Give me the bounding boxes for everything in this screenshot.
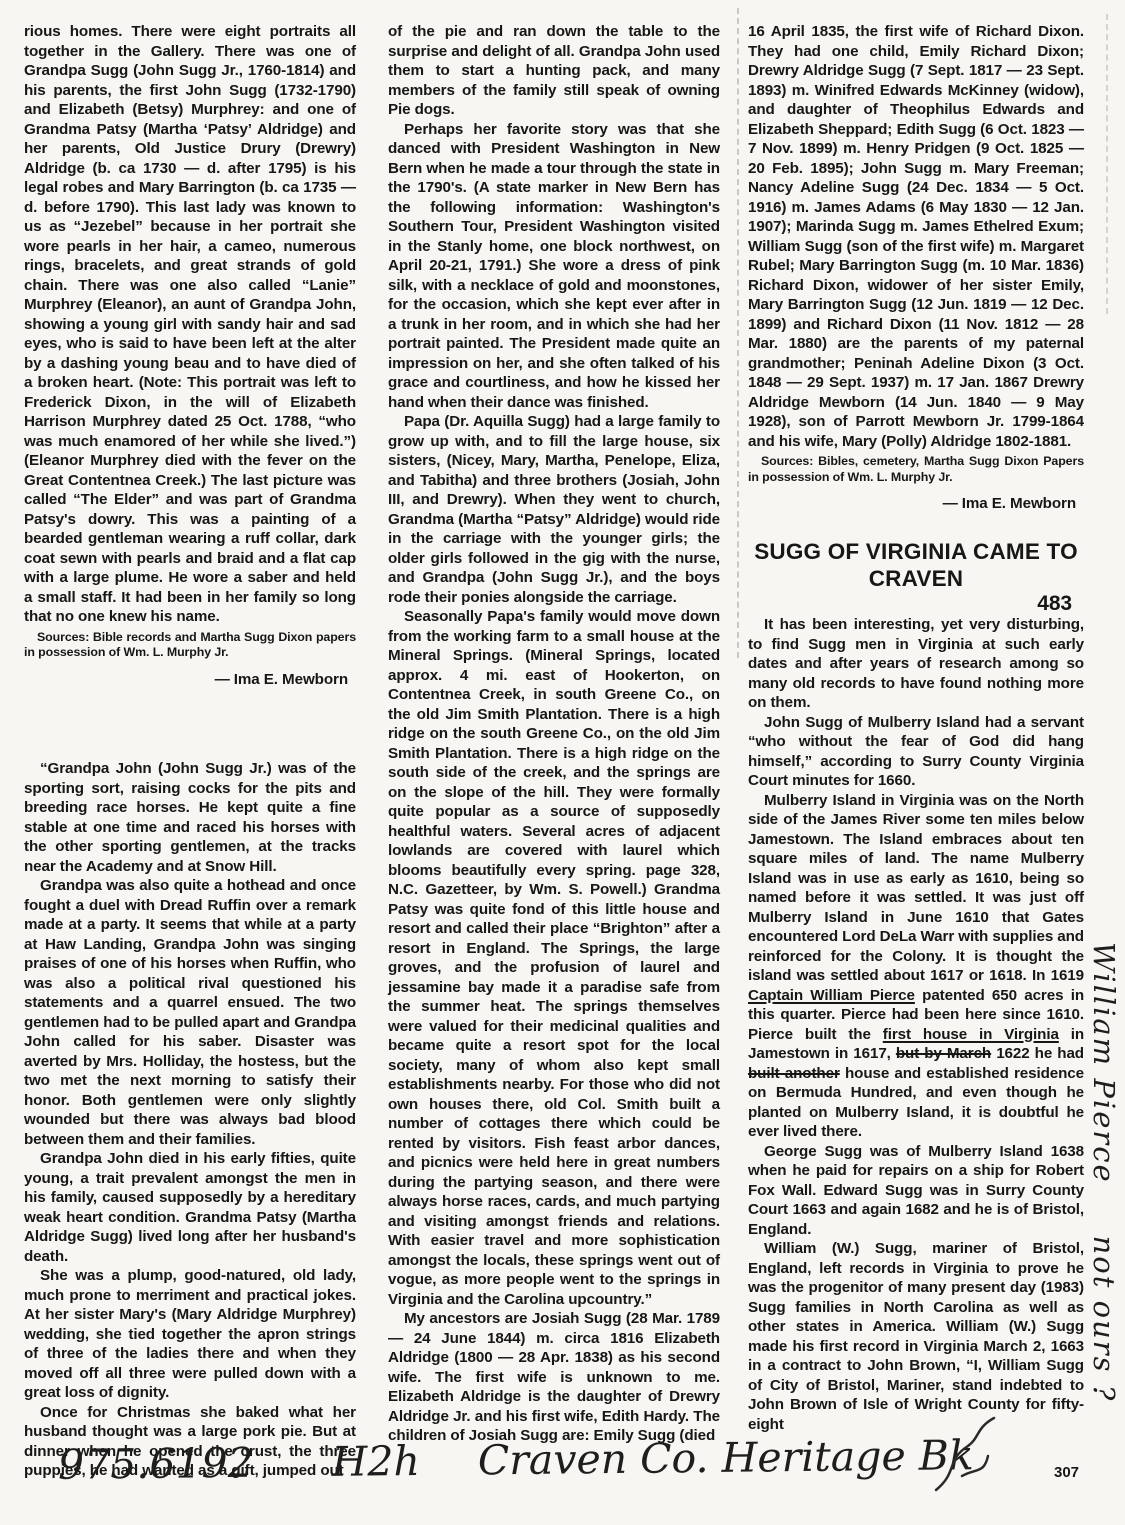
margin-note-line1: William Pierce	[1087, 942, 1121, 1184]
paragraph: William (W.) Sugg, mariner of Bristol, E…	[748, 1239, 1084, 1434]
paragraph: Seasonally Papa's family would move down…	[388, 607, 720, 1309]
pen-mark-icon	[928, 1412, 1008, 1502]
call-number-suffix: H2h	[331, 1437, 420, 1486]
paragraph: rious homes. There were eight portraits …	[24, 22, 356, 627]
paragraph: Papa (Dr. Aquilla Sugg) had a large fami…	[388, 412, 720, 607]
attribution-line: — Ima E. Mewborn	[748, 494, 1084, 514]
call-number: 975.6192	[58, 1439, 254, 1489]
book-title-note: Craven Co. Heritage Bk	[478, 1431, 974, 1484]
paragraph: She was a plump, good-natured, old lady,…	[24, 1266, 356, 1403]
margin-note-line2: not ours ?	[1087, 1236, 1121, 1403]
heading-line: SUGG OF VIRGINIA CAME TO CRAVEN	[748, 538, 1084, 592]
text-column-3: 16 April 1835, the first wife of Richard…	[748, 22, 1084, 1434]
paragraph: My ancestors are Josiah Sugg (28 Mar. 17…	[388, 1309, 720, 1446]
paragraph: Grandpa John died in his early fifties, …	[24, 1149, 356, 1266]
paragraph: of the pie and ran down the table to the…	[388, 22, 720, 120]
printed-page-number: 307	[1054, 1464, 1079, 1481]
hand-underline-text: Captain William Pierce	[748, 987, 915, 1004]
paragraph: John Sugg of Mulberry Island had a serva…	[748, 713, 1084, 791]
scan-artifact-line	[1106, 14, 1108, 314]
paragraph: It has been interesting, yet very distur…	[748, 615, 1084, 713]
text-segment: Mulberry Island in Virginia was on the N…	[748, 792, 1084, 985]
paragraph: George Sugg was of Mulberry Island 1638 …	[748, 1142, 1084, 1240]
handwritten-call-number-line: 975.6192H2hCraven Co. Heritage Bk	[58, 1431, 974, 1489]
text-column-1: rious homes. There were eight portraits …	[24, 22, 356, 1481]
sources-line: Sources: Bibles, cemetery, Martha Sugg D…	[748, 454, 1084, 485]
text-segment: 1622 he had	[991, 1045, 1084, 1062]
paragraph: “Grandpa John (John Sugg Jr.) was of the…	[24, 759, 356, 876]
number-line: 483	[748, 594, 1084, 614]
sources-line: Sources: Bible records and Martha Sugg D…	[24, 630, 356, 661]
hand-underline-text: first house in Virginia	[883, 1026, 1059, 1043]
paragraph: Perhaps her favorite story was that she …	[388, 120, 720, 413]
text-column-2: of the pie and ran down the table to the…	[388, 22, 720, 1446]
paragraph: Grandpa was also quite a hothead and onc…	[24, 876, 356, 1149]
paragraph: 16 April 1835, the first wife of Richard…	[748, 22, 1084, 451]
attribution-line: — Ima E. Mewborn	[24, 670, 356, 690]
hand-strike-text: built another	[748, 1065, 840, 1082]
paragraph: Mulberry Island in Virginia was on the N…	[748, 791, 1084, 1142]
scan-artifact-line	[737, 8, 739, 658]
handwritten-margin-note: William Piercenot ours ?	[1087, 942, 1121, 1462]
scanned-book-page: rious homes. There were eight portraits …	[0, 0, 1125, 1525]
hand-strike-text: but by March	[896, 1045, 991, 1062]
